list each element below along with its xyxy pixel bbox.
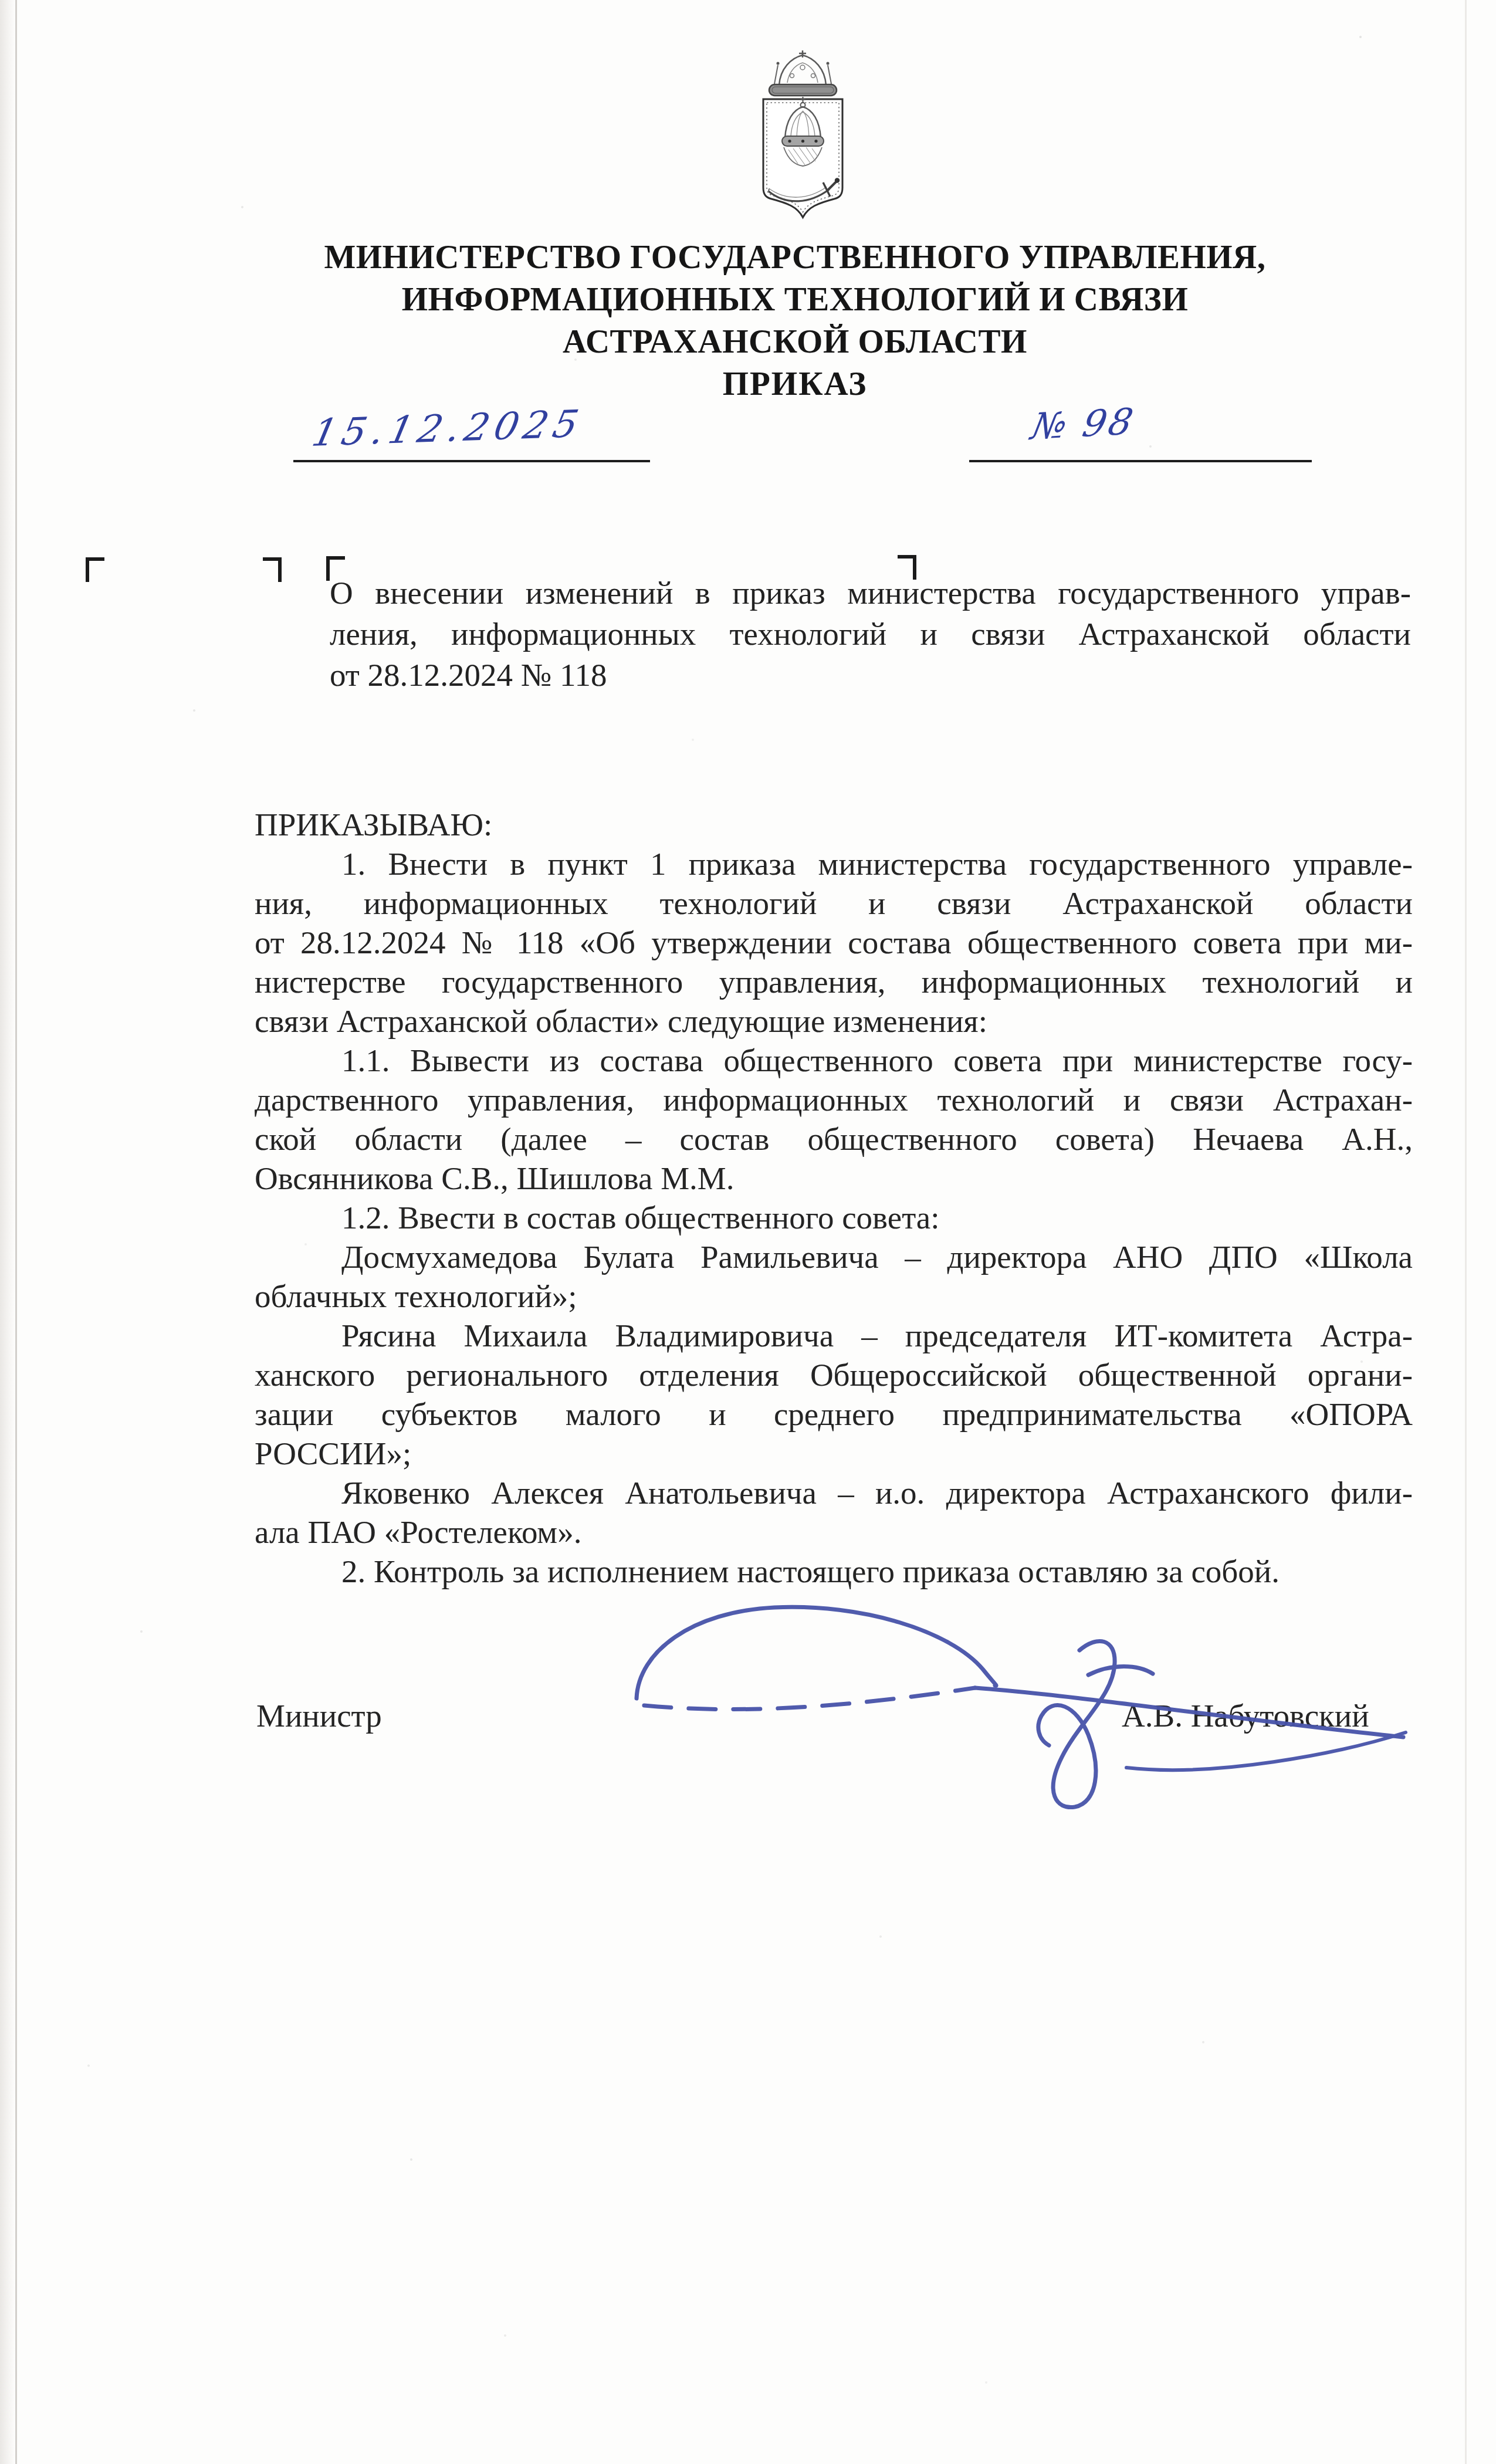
body-line: 1. Внести в пункт 1 приказа министерства… — [255, 844, 1413, 884]
order-subject: О внесении изменений в приказ министерст… — [330, 573, 1411, 696]
ministry-name-line3: АСТРАХАНСКОЙ ОБЛАСТИ — [267, 321, 1323, 363]
scan-line-artifact — [1465, 0, 1467, 2464]
body-line: ханского регионального отделения Общерос… — [255, 1355, 1413, 1395]
number-underline — [969, 460, 1312, 462]
body-line: ния, информационных технологий и связи А… — [255, 884, 1413, 923]
subject-line: О внесении изменений в приказ министерст… — [330, 573, 1411, 614]
body-line: Рясина Михаила Владимировича – председат… — [255, 1316, 1413, 1355]
subject-line: от 28.12.2024 № 118 — [330, 655, 1411, 696]
body-line: ала ПАО «Ростелеком». — [255, 1512, 1413, 1552]
subject-line: ления, информационных технологий и связи… — [330, 614, 1411, 655]
body-line: от 28.12.2024 № 118 «Об утверждении сост… — [255, 923, 1413, 962]
body-line: связи Астраханской области» следующие из… — [255, 1001, 1413, 1041]
letterhead: МИНИСТЕРСТВО ГОСУДАРСТВЕННОГО УПРАВЛЕНИЯ… — [267, 236, 1323, 405]
ministry-name-line1: МИНИСТЕРСТВО ГОСУДАРСТВЕННОГО УПРАВЛЕНИЯ… — [267, 236, 1323, 279]
ministry-name-line2: ИНФОРМАЦИОННЫХ ТЕХНОЛОГИЙ И СВЯЗИ — [267, 279, 1323, 321]
handwritten-date: 15.12.2025 — [308, 402, 587, 455]
body-line: Яковенко Алексея Анатольевича – и.о. дир… — [255, 1473, 1413, 1512]
date-underline — [293, 460, 650, 462]
handwritten-signature — [610, 1581, 1431, 1816]
handwritten-number: № 98 — [1028, 400, 1139, 448]
body-line: облачных технологий»; — [255, 1277, 1413, 1316]
scan-noise-speckles — [0, 0, 1, 1]
signer-position: Министр — [256, 1697, 382, 1734]
body-line: ской области (далее – состав общественно… — [255, 1119, 1413, 1159]
crop-corner-mark — [263, 557, 282, 582]
crop-corner-mark — [86, 557, 104, 582]
body-line: зации субъектов малого и среднего предпр… — [255, 1395, 1413, 1434]
body-line: дарственного управления, информационных … — [255, 1080, 1413, 1119]
order-body: ПРИКАЗЫВАЮ: 1. Внести в пункт 1 приказа … — [255, 805, 1413, 1591]
astrakhan-coat-of-arms-icon — [754, 50, 851, 229]
scan-line-artifact — [15, 0, 17, 2464]
body-line: ПРИКАЗЫВАЮ: — [255, 805, 1413, 844]
body-line: РОССИИ»; — [255, 1434, 1413, 1473]
body-line: нистерстве государственного управления, … — [255, 962, 1413, 1001]
scan-edge-artifact — [0, 0, 15, 2464]
body-line: 1.1. Вывести из состава общественного со… — [255, 1041, 1413, 1080]
body-line: Овсянникова С.В., Шишлова М.М. — [255, 1159, 1413, 1198]
document-type-title: ПРИКАЗ — [267, 363, 1323, 405]
body-line: Досмухамедова Булата Рамильевича – дирек… — [255, 1237, 1413, 1277]
body-line: 1.2. Ввести в состав общественного совет… — [255, 1198, 1413, 1237]
scanned-order-page: МИНИСТЕРСТВО ГОСУДАРСТВЕННОГО УПРАВЛЕНИЯ… — [0, 0, 1496, 2464]
